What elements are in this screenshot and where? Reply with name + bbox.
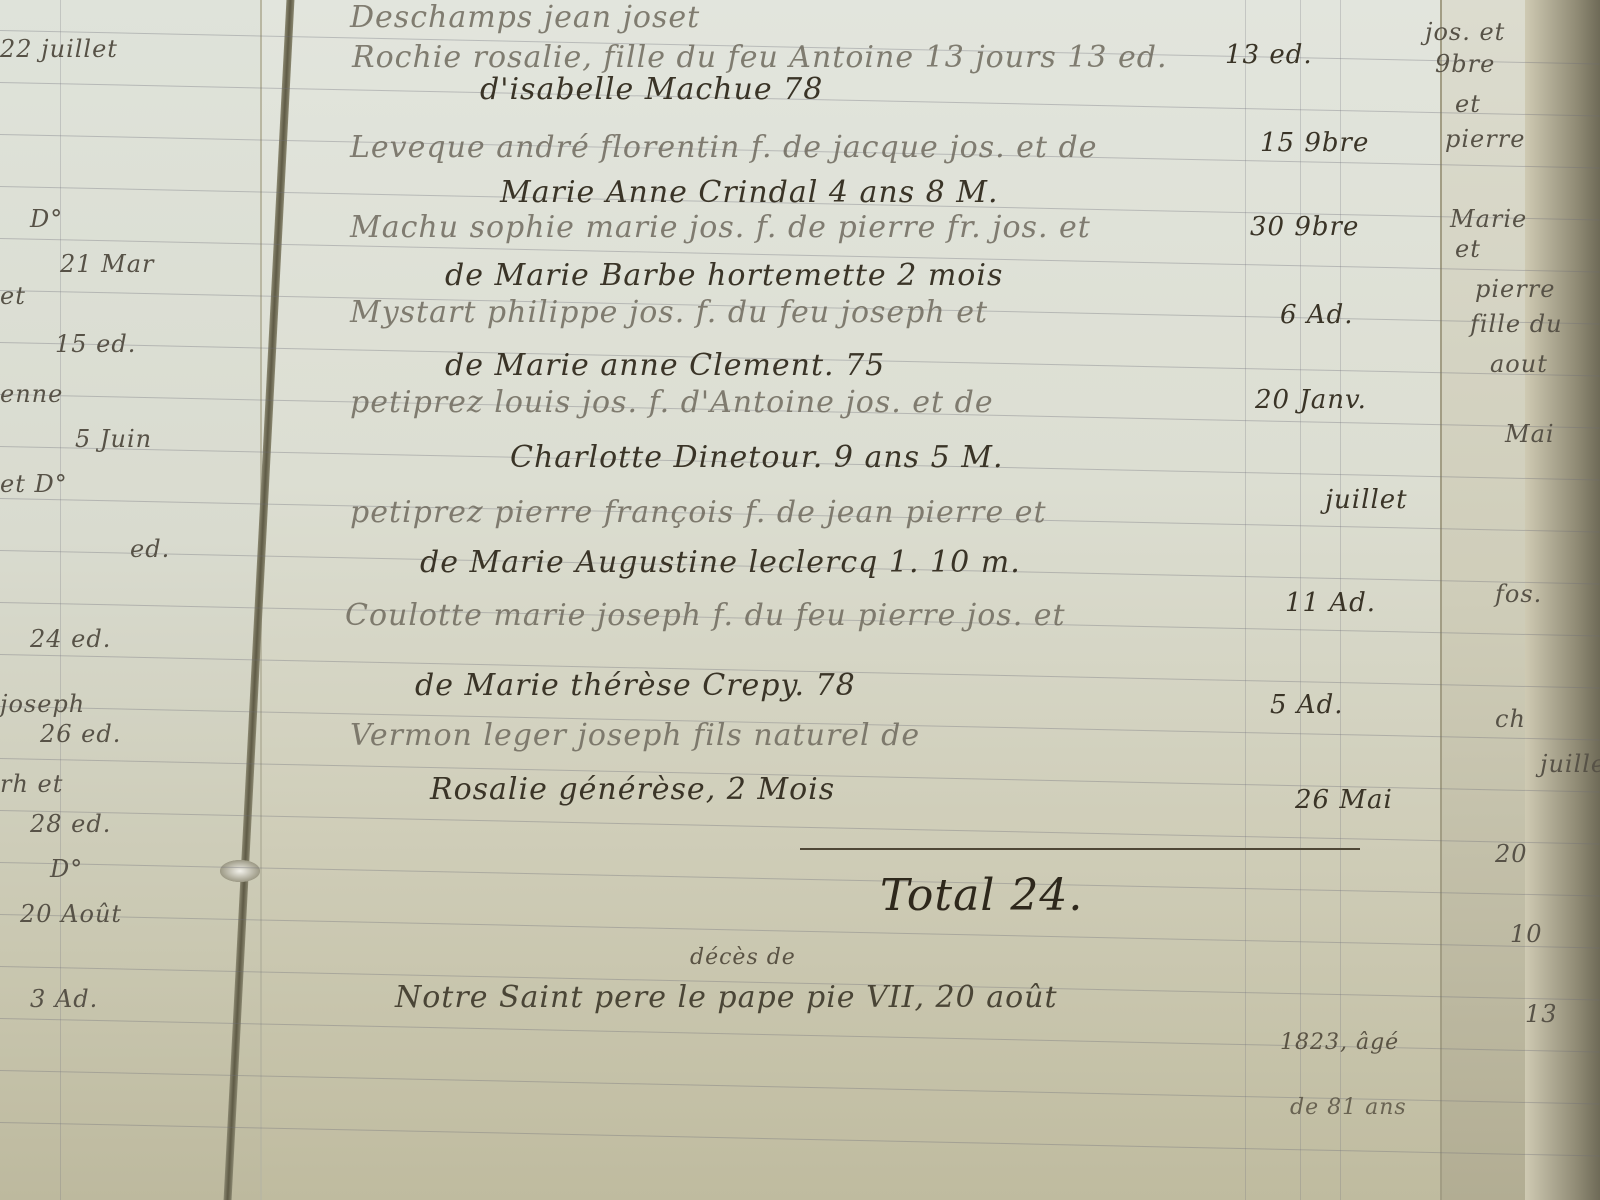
- margin-rule: [1245, 0, 1246, 1200]
- right-frag-text: 20: [1495, 840, 1528, 868]
- main-lines-text: Vermon leger joseph fils naturel de: [350, 718, 920, 753]
- binding-stitch: [220, 860, 260, 882]
- right-frag-text: juillet: [1540, 750, 1600, 778]
- left-margin-text: ed.: [130, 535, 170, 563]
- footer-line: Notre Saint pere le pape pie VII, 20 aoû…: [395, 980, 1058, 1015]
- left-margin-text: 24 ed.: [30, 625, 111, 653]
- main-lines-text: petiprez louis jos. f. d'Antoine jos. et…: [350, 385, 994, 420]
- main-lines-text: de Marie anne Clement. 75: [445, 348, 885, 383]
- left-margin-text: enne: [0, 380, 63, 408]
- footer-year: 1823, âgé: [1280, 1030, 1399, 1055]
- right-frag-text: Mai: [1505, 420, 1555, 448]
- main-lines-text: Marie Anne Crindal 4 ans 8 M.: [500, 175, 999, 210]
- main-lines-text: Mystart philippe jos. f. du feu joseph e…: [350, 295, 988, 330]
- left-margin-text: 20 Août: [20, 900, 122, 928]
- left-margin-text: D°: [50, 855, 83, 883]
- left-margin-text: D°: [30, 205, 63, 233]
- left-margin-text: 26 ed.: [40, 720, 121, 748]
- main-lines-text: Coulotte marie joseph f. du feu pierre j…: [345, 598, 1066, 633]
- total-divider: [800, 848, 1360, 850]
- right-frag-text: Marie: [1450, 205, 1527, 233]
- left-margin-text: 3 Ad.: [30, 985, 98, 1013]
- footer-extra: de 81 ans: [1290, 1095, 1407, 1120]
- main-lines-text: Deschamps jean joset: [350, 0, 700, 35]
- right-frag-text: jos. et: [1425, 18, 1505, 46]
- left-margin-text: 28 ed.: [30, 810, 111, 838]
- date-col-text: 13 ed.: [1225, 40, 1313, 70]
- main-lines-text: petiprez pierre françois f. de jean pier…: [350, 495, 1047, 530]
- left-margin-text: 22 juillet: [0, 35, 118, 63]
- main-lines-text: Rosalie générèse, 2 Mois: [430, 772, 835, 807]
- right-frag-text: 10: [1510, 920, 1543, 948]
- right-frag-text: 13: [1525, 1000, 1558, 1028]
- main-lines-text: de Marie Augustine leclercq 1. 10 m.: [420, 545, 1021, 580]
- date-col-text: 20 Janv.: [1255, 385, 1367, 415]
- right-frag-text: et: [1455, 90, 1481, 118]
- left-margin-text: joseph: [0, 690, 85, 718]
- left-margin-text: 15 ed.: [55, 330, 136, 358]
- right-frag-text: et: [1455, 235, 1481, 263]
- right-frag-text: pierre: [1475, 275, 1555, 303]
- footer-insertion: décès de: [690, 945, 796, 970]
- left-margin-text: 5 Juin: [75, 425, 152, 453]
- date-col-text: 11 Ad.: [1285, 588, 1376, 618]
- main-lines-text: Machu sophie marie jos. f. de pierre fr.…: [350, 210, 1091, 245]
- left-margin-text: et D°: [0, 470, 68, 498]
- left-margin-text: 21 Mar: [60, 250, 155, 278]
- date-col-text: 15 9bre: [1260, 128, 1369, 158]
- right-frag-text: pierre: [1445, 125, 1525, 153]
- date-col-text: 26 Mai: [1295, 785, 1393, 815]
- right-frag-text: aout: [1490, 350, 1548, 378]
- main-lines-text: Charlotte Dinetour. 9 ans 5 M.: [510, 440, 1003, 475]
- register-photo: 22 juilletD°21 Maret15 ed.enne5 Juinet D…: [0, 0, 1600, 1200]
- right-frag-text: ch: [1495, 705, 1526, 733]
- left-margin-text: rh et: [0, 770, 63, 798]
- total-label: Total 24.: [880, 870, 1083, 921]
- left-margin-text: et: [0, 282, 26, 310]
- main-lines-text: d'isabelle Machue 78: [480, 72, 823, 107]
- main-lines-text: Rochie rosalie, fille du feu Antoine 13 …: [352, 40, 1168, 75]
- main-lines-text: de Marie thérèse Crepy. 78: [415, 668, 856, 703]
- right-frag-text: 9bre: [1435, 50, 1495, 78]
- date-col-text: 6 Ad.: [1280, 300, 1354, 330]
- main-lines-text: Leveque andré florentin f. de jacque jos…: [350, 130, 1097, 165]
- margin-rule: [60, 0, 61, 1200]
- date-col-text: 30 9bre: [1250, 212, 1359, 242]
- date-col-text: juillet: [1325, 485, 1408, 515]
- right-frag-text: fos.: [1495, 580, 1542, 608]
- right-frag-text: fille du: [1470, 310, 1563, 338]
- date-col-text: 5 Ad.: [1270, 690, 1344, 720]
- main-lines-text: de Marie Barbe hortemette 2 mois: [445, 258, 1003, 293]
